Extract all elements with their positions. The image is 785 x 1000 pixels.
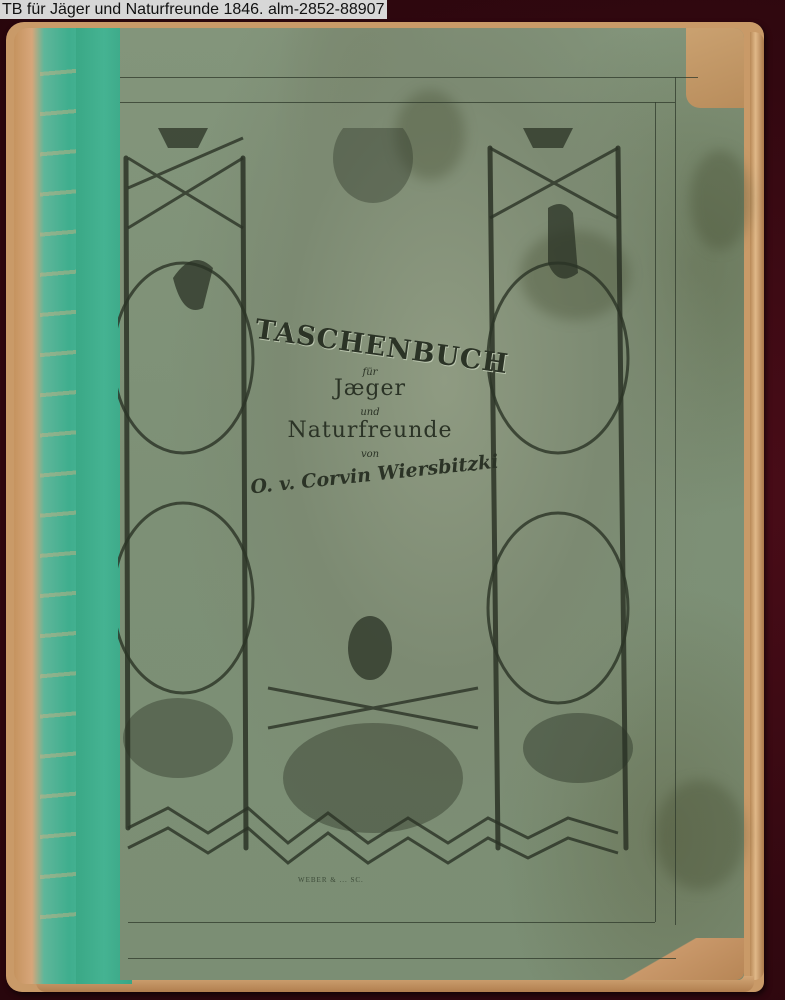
cover-line-und: und [250,407,490,418]
cover-title-block: TASCHENBUCH für Jæger und Naturfreunde v… [250,330,490,486]
engraved-frame-illustration [118,128,648,868]
inner-border-top [120,102,675,103]
outer-border-top [120,77,698,78]
outer-border-right [675,77,676,925]
page-edge-right [750,32,764,980]
cover-line-jaeger: Jæger [250,376,490,401]
outer-border-bottom [128,958,676,959]
torn-corner-top-right [686,28,744,108]
image-caption: TB für Jäger und Naturfreunde 1846. alm-… [0,0,387,19]
cover-line-naturfreunde: Naturfreunde [250,418,490,443]
stain [690,150,750,250]
inner-border-bottom [128,922,655,923]
inner-border-right [655,102,656,922]
spine-wear [40,58,80,944]
engraver-imprint: WEBER & ... SC. [298,876,364,884]
stain [655,780,745,890]
worn-corner-bottom-right [614,938,744,980]
